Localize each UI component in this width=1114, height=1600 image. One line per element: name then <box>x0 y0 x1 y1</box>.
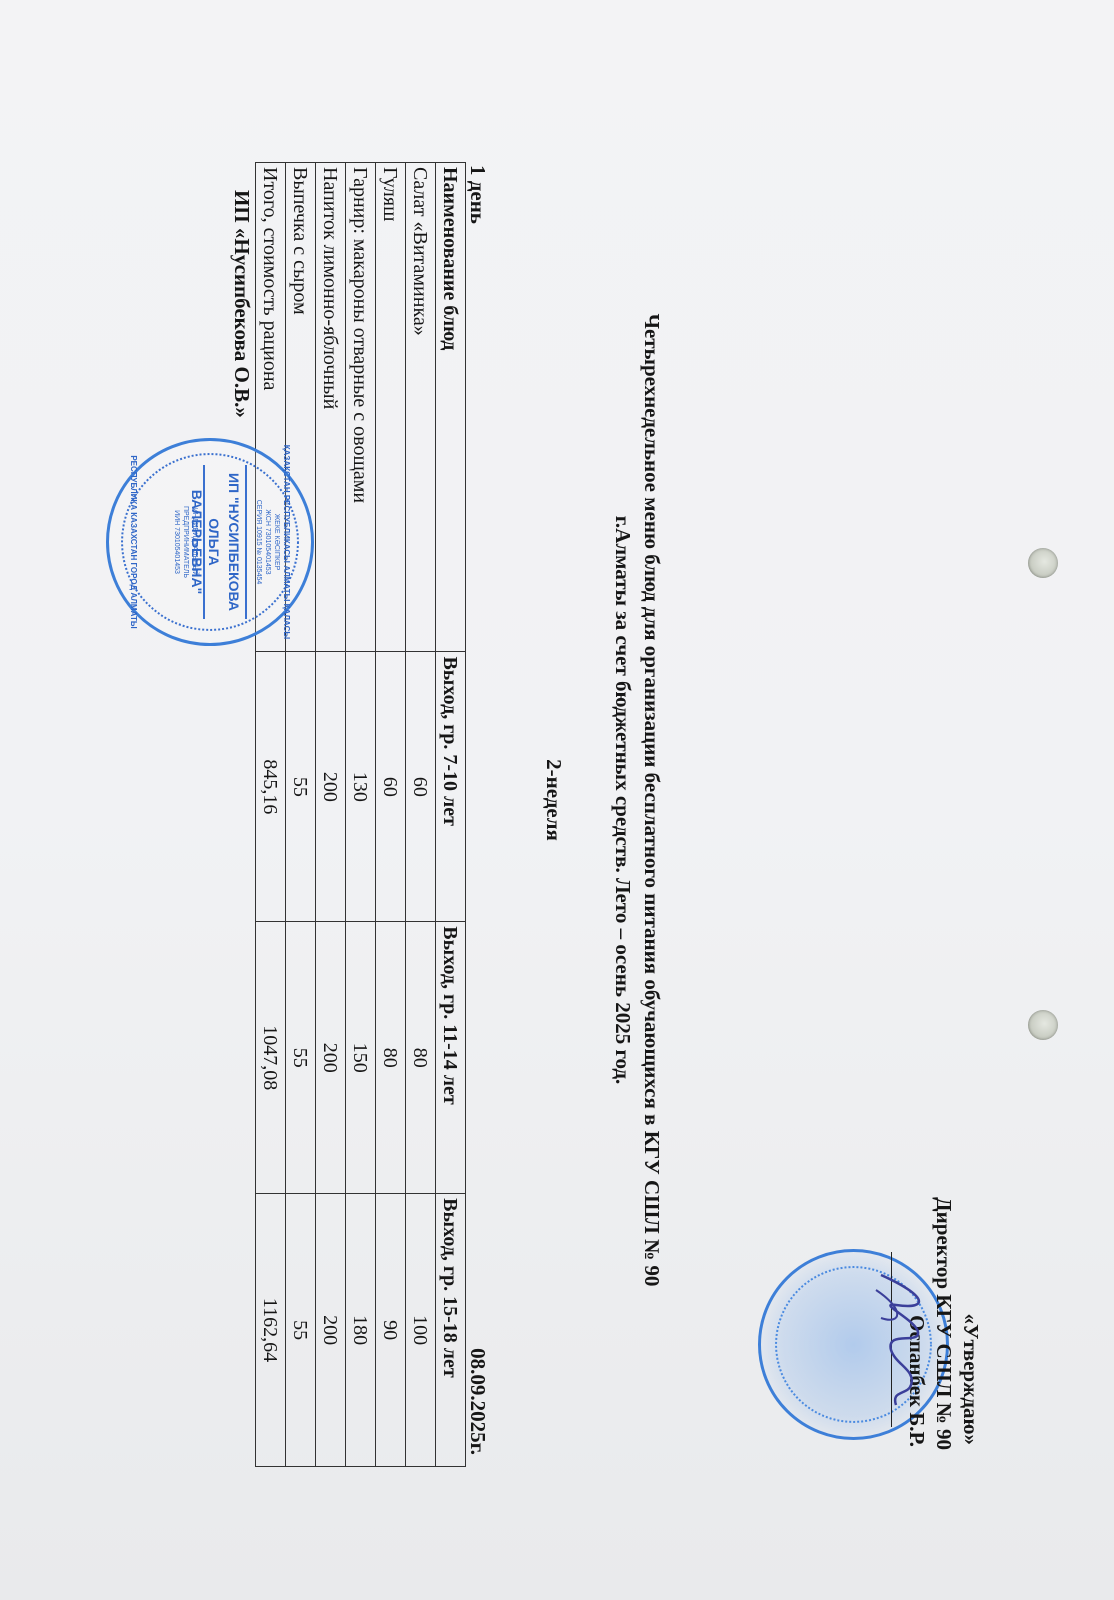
dish-name-cell: Гуляш <box>376 163 406 652</box>
dish-name-cell: Салат «Витаминка» <box>406 163 436 652</box>
dish-name-cell: Напиток лимонно-яблочный <box>316 163 346 652</box>
portion-cell: 55 <box>286 652 316 922</box>
menu-table: Наименование блюд Выход, гр. 7-10 лет Вы… <box>255 162 466 1467</box>
director-signature-icon <box>863 1270 936 1410</box>
week-label: 2-неделя <box>541 0 566 1600</box>
approval-label: «Утверждаю» <box>957 1115 984 1445</box>
table-row: Напиток лимонно-яблочный200200200 <box>316 163 346 1467</box>
table-header-row: Наименование блюд Выход, гр. 7-10 лет Вы… <box>436 163 466 1467</box>
dish-name-cell: Гарнир: макароны отварные с овощами <box>346 163 376 652</box>
portion-cell: 55 <box>286 1194 316 1467</box>
portion-cell: 90 <box>376 1194 406 1467</box>
portion-cell: 845,16 <box>256 652 286 922</box>
stamp-bottom-lines: ИНДИВИДУАЛЬНЫЙ ПРЕДПРИНИМАТЕЛЬ ИИН 73010… <box>172 441 199 643</box>
portion-cell: 150 <box>346 922 376 1194</box>
title-line-1: Четырехнедельное меню блюд для организац… <box>637 0 666 1600</box>
document-page: «Утверждаю» Директор КГУ СШЛ № 90 Оспанб… <box>0 0 1114 1600</box>
portion-cell: 200 <box>316 652 346 922</box>
portion-cell: 1047,08 <box>256 922 286 1194</box>
table-row: Гарнир: макароны отварные с овощами13015… <box>346 163 376 1467</box>
provider-name: ИП «Нусипбекова О.В.» <box>229 190 254 418</box>
document-title: Четырехнедельное меню блюд для организац… <box>608 0 666 1600</box>
portion-cell: 80 <box>406 922 436 1194</box>
portion-cell: 60 <box>406 652 436 922</box>
portion-cell: 200 <box>316 922 346 1194</box>
portion-cell: 55 <box>286 922 316 1194</box>
column-header-7-10: Выход, гр. 7-10 лет <box>436 652 466 922</box>
punch-hole <box>1028 548 1058 578</box>
column-header-11-14: Выход, гр. 11-14 лет <box>436 922 466 1194</box>
portion-cell: 200 <box>316 1194 346 1467</box>
table-row: Гуляш608090 <box>376 163 406 1467</box>
stamp-name-band: ИП "НУСИПБЕКОВА ОЛЬГА ВАЛЕРЬЕВНА" <box>203 465 247 619</box>
table-row-total: Итого, стоимость рациона845,161047,08116… <box>256 163 286 1467</box>
portion-cell: 180 <box>346 1194 376 1467</box>
portion-cell: 60 <box>376 652 406 922</box>
day-label: 1 день <box>465 165 490 224</box>
portion-cell: 100 <box>406 1194 436 1467</box>
portion-cell: 130 <box>346 652 376 922</box>
title-line-2: г.Алматы за счет бюджетных средств. Лето… <box>608 0 637 1600</box>
portion-cell: 1162,64 <box>256 1194 286 1467</box>
day-date: 08.09.2025г. <box>465 1348 490 1455</box>
table-row: Салат «Витаминка»6080100 <box>406 163 436 1467</box>
stamp-top-lines: ЖЕКЕ КӘСІПКЕР ЖСН 730105401453 СЕРИЯ 109… <box>254 441 281 643</box>
provider-stamp: ҚАЗАҚСТАН РЕСПУБЛИКАСЫ АЛМАТЫ ҚАЛАСЫ ЖЕК… <box>106 438 314 646</box>
stamp-arc-bottom: РЕСПУБЛИКА КАЗАХСТАН ГОРОД АЛМАТЫ <box>129 441 138 643</box>
portion-cell: 80 <box>376 922 406 1194</box>
table-row: Выпечка с сыром555555 <box>286 163 316 1467</box>
column-header-15-18: Выход, гр. 15-18 лет <box>436 1194 466 1467</box>
day-header: 1 день 08.09.2025г. <box>465 165 490 1455</box>
column-header-dish: Наименование блюд <box>436 163 466 652</box>
stamp-arc-top: ҚАЗАҚСТАН РЕСПУБЛИКАСЫ АЛМАТЫ ҚАЛАСЫ <box>282 441 291 643</box>
punch-hole <box>1028 1010 1058 1040</box>
